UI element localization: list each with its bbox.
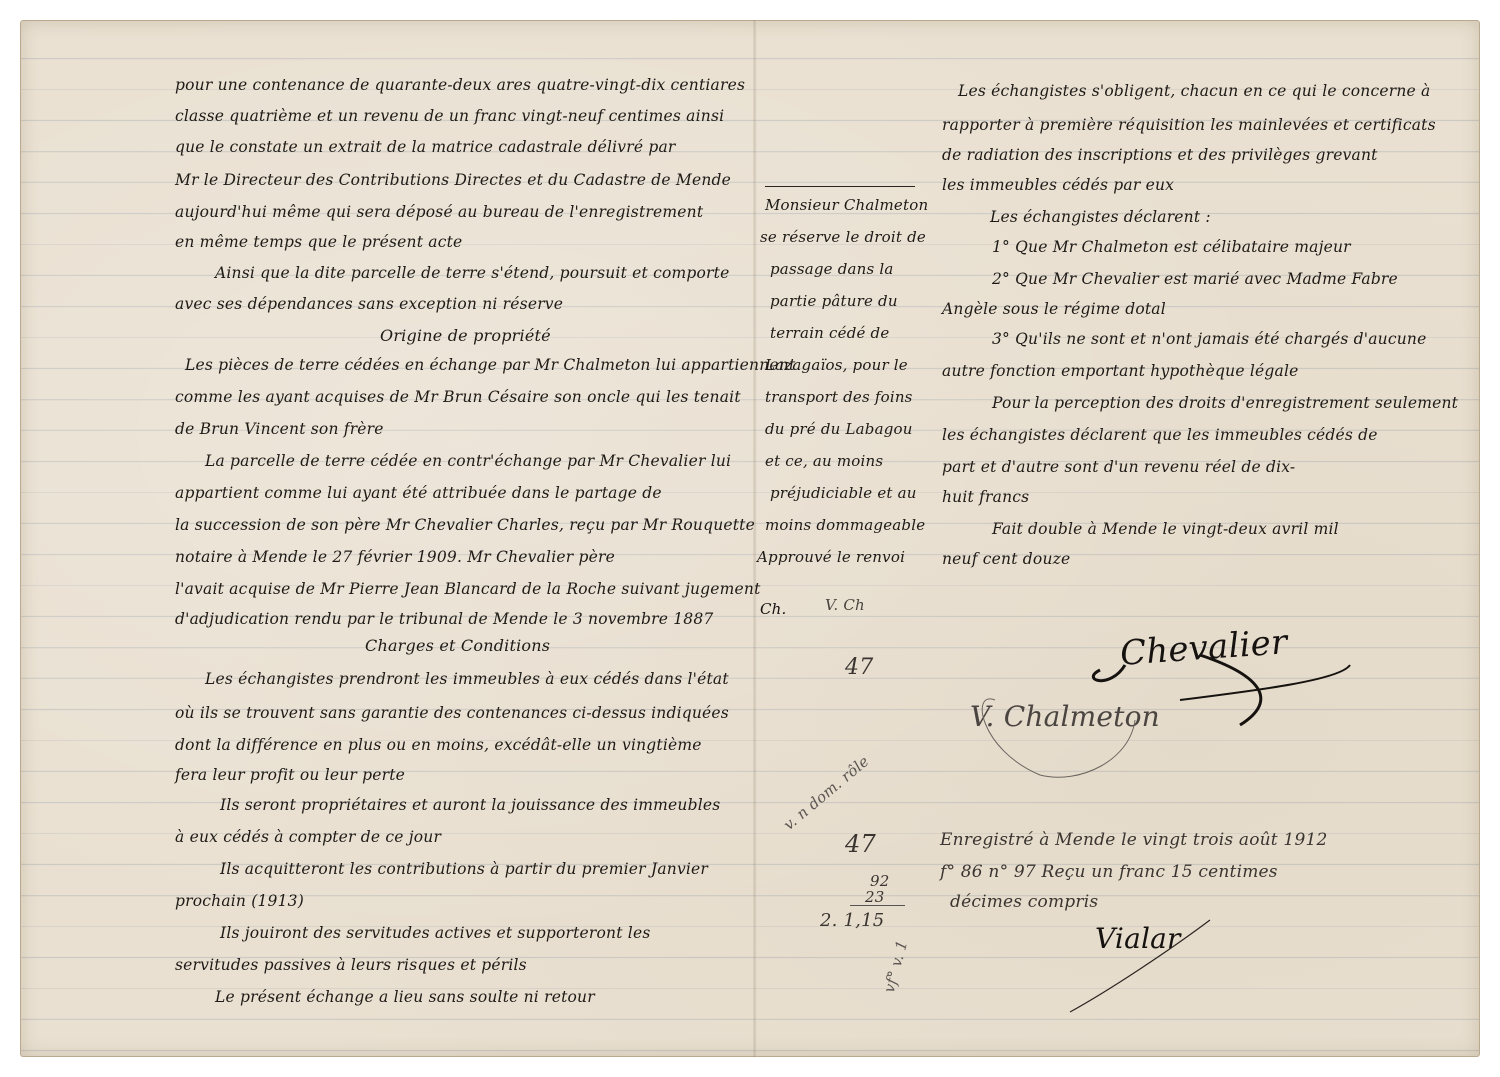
- text-line: rapporter à première réquisition les mai…: [942, 116, 1436, 134]
- text-line: avec ses dépendances sans exception ni r…: [175, 295, 563, 313]
- text-line: Ils seront propriétaires et auront la jo…: [220, 796, 720, 814]
- margin-line: terrain cédé de: [770, 324, 889, 342]
- text-line: la succession de son père Mr Chevalier C…: [175, 516, 755, 534]
- margin-rule: [765, 186, 915, 187]
- calc-line-b: 23: [865, 888, 885, 906]
- margin-line: moins dommageable: [765, 516, 925, 534]
- margin-approval: Approuvé le renvoi: [757, 548, 905, 566]
- text-line: dont la différence en plus ou en moins, …: [175, 736, 702, 754]
- margin-line: Lazagaïos, pour le: [765, 356, 908, 374]
- text-line: servitudes passives à leurs risques et p…: [175, 956, 527, 974]
- center-fold: [753, 20, 757, 1057]
- text-line: prochain (1913): [175, 892, 304, 910]
- text-line: fera leur profit ou leur perte: [175, 766, 405, 784]
- text-line: les échangistes déclarent que les immeub…: [942, 426, 1378, 444]
- text-line: comme les ayant acquises de Mr Brun Césa…: [175, 388, 741, 406]
- text-line: 2° Que Mr Chevalier est marié avec Madme…: [992, 270, 1398, 288]
- text-line: de Brun Vincent son frère: [175, 420, 384, 438]
- text-line: pour une contenance de quarante-deux are…: [175, 76, 745, 94]
- text-line: notaire à Mende le 27 février 1909. Mr C…: [175, 548, 615, 566]
- text-line: Ils acquitteront les contributions à par…: [220, 860, 708, 878]
- text-line: où ils se trouvent sans garantie des con…: [175, 704, 729, 722]
- text-line: Pour la perception des droits d'enregist…: [992, 394, 1458, 412]
- text-line: l'avait acquise de Mr Pierre Jean Blanca…: [175, 580, 761, 598]
- margin-line: du pré du Labagou: [765, 420, 913, 438]
- margin-line: préjudiciable et au: [770, 484, 917, 502]
- text-line: de radiation des inscriptions et des pri…: [942, 146, 1378, 164]
- registration-line: f° 86 n° 97 Reçu un franc 15 centimes: [940, 862, 1278, 882]
- text-line: que le constate un extrait de la matrice…: [175, 138, 676, 156]
- registrar-flourish-icon: [1050, 900, 1230, 1020]
- margin-line: transport des foins: [765, 388, 913, 406]
- text-line: La parcelle de terre cédée en contr'écha…: [205, 452, 731, 470]
- text-line: Les échangistes prendront les immeubles …: [205, 670, 729, 688]
- calc-rule: [850, 905, 905, 906]
- text-line: Fait double à Mende le vingt-deux avril …: [992, 520, 1339, 538]
- margin-number-2: 47: [845, 830, 876, 858]
- text-line: classe quatrième et un revenu de un fran…: [175, 107, 724, 125]
- text-line: Angèle sous le régime dotal: [942, 300, 1166, 318]
- text-line: Ils jouiront des servitudes actives et s…: [220, 924, 650, 942]
- text-line: Mr le Directeur des Contributions Direct…: [175, 171, 731, 189]
- text-line: autre fonction emportant hypothèque léga…: [942, 362, 1298, 380]
- margin-line: passage dans la: [770, 260, 894, 278]
- margin-line: partie pâture du: [770, 292, 898, 310]
- text-line: Les échangistes déclarent :: [990, 208, 1211, 226]
- text-line: Les pièces de terre cédées en échange pa…: [185, 356, 795, 374]
- text-line: à eux cédés à compter de ce jour: [175, 828, 441, 846]
- margin-initials-ink: Ch.: [760, 600, 787, 618]
- text-line: 1° Que Mr Chalmeton est célibataire maje…: [992, 238, 1351, 256]
- text-line: Le présent échange a lieu sans soulte ni…: [215, 988, 595, 1006]
- heading-origine-de-propriete: Origine de propriété: [380, 326, 551, 345]
- text-line: Les échangistes s'obligent, chacun en ce…: [958, 82, 1430, 100]
- signature-chalmeton-flourish-icon: [960, 690, 1160, 790]
- text-line: aujourd'hui même qui sera déposé au bure…: [175, 203, 703, 221]
- text-line: neuf cent douze: [942, 550, 1070, 568]
- text-line: en même temps que le présent acte: [175, 233, 462, 251]
- text-line: Ainsi que la dite parcelle de terre s'ét…: [215, 264, 729, 282]
- text-line: 3° Qu'ils ne sont et n'ont jamais été ch…: [992, 330, 1426, 348]
- margin-line: Monsieur Chalmeton: [765, 196, 928, 214]
- registration-line: Enregistré à Mende le vingt trois août 1…: [940, 830, 1328, 850]
- text-line: les immeubles cédés par eux: [942, 176, 1174, 194]
- margin-line: et ce, au moins: [765, 452, 883, 470]
- text-line: huit francs: [942, 488, 1029, 506]
- margin-number: 47: [845, 655, 873, 680]
- text-line: part et d'autre sont d'un revenu réel de…: [942, 458, 1295, 476]
- calc-total: 2. 1,15: [820, 910, 884, 931]
- text-line: d'adjudication rendu par le tribunal de …: [175, 610, 713, 628]
- margin-line: se réserve le droit de: [760, 228, 926, 246]
- heading-charges-et-conditions: Charges et Conditions: [365, 636, 550, 655]
- margin-initials: V. Ch: [825, 596, 865, 614]
- text-line: appartient comme lui ayant été attribuée…: [175, 484, 662, 502]
